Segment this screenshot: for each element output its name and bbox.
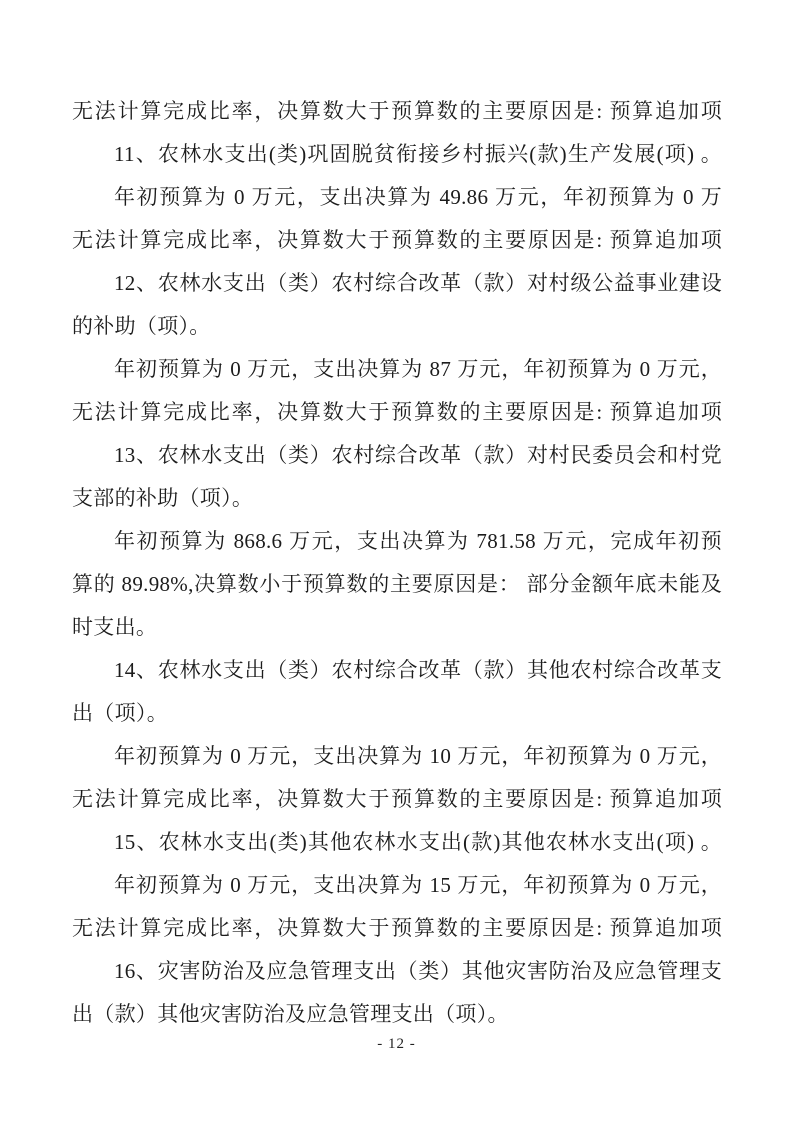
page-number: - 12 - — [0, 1036, 793, 1053]
text-line: 算的 89.98%,决算数小于预算数的主要原因是： 部分金额年底未能及 — [72, 563, 722, 606]
text-line: 年初预算为 0 万元，支出决算为 87 万元，年初预算为 0 万元， — [72, 348, 722, 391]
text-line: 14、农林水支出（类）农村综合改革（款）其他农村综合改革支 — [72, 649, 722, 692]
text-line: 年初预算为 0 万元，支出决算为 49.86 万元，年初预算为 0 万元， — [72, 176, 722, 219]
text-line: 年初预算为 868.6 万元，支出决算为 781.58 万元，完成年初预 — [72, 520, 722, 563]
text-line: 11、农林水支出(类)巩固脱贫衔接乡村振兴(款)生产发展(项) 。 — [72, 133, 722, 176]
text-line: 支部的补助（项）。 — [72, 477, 722, 520]
text-line: 无法计算完成比率，决算数大于预算数的主要原因是: 预算追加项目。 — [72, 391, 722, 434]
text-line: 12、农林水支出（类）农村综合改革（款）对村级公益事业建设 — [72, 262, 722, 305]
text-line: 的补助（项）。 — [72, 305, 722, 348]
text-line: 无法计算完成比率，决算数大于预算数的主要原因是: 预算追加项目。 — [72, 90, 722, 133]
text-line: 13、农林水支出（类）农村综合改革（款）对村民委员会和村党 — [72, 434, 722, 477]
text-line: 出（项）。 — [72, 692, 722, 735]
text-line: 无法计算完成比率，决算数大于预算数的主要原因是: 预算追加项目。 — [72, 907, 722, 950]
document-body: 无法计算完成比率，决算数大于预算数的主要原因是: 预算追加项目。11、农林水支出… — [72, 90, 722, 1036]
text-line: 无法计算完成比率，决算数大于预算数的主要原因是: 预算追加项目。 — [72, 778, 722, 821]
text-line: 16、灾害防治及应急管理支出（类）其他灾害防治及应急管理支 — [72, 950, 722, 993]
text-line: 时支出。 — [72, 606, 722, 649]
text-line: 出（款）其他灾害防治及应急管理支出（项）。 — [72, 993, 722, 1036]
document-page: 无法计算完成比率，决算数大于预算数的主要原因是: 预算追加项目。11、农林水支出… — [0, 0, 793, 1122]
text-line: 年初预算为 0 万元，支出决算为 15 万元，年初预算为 0 万元， — [72, 864, 722, 907]
text-line: 15、农林水支出(类)其他农林水支出(款)其他农林水支出(项) 。 — [72, 821, 722, 864]
text-line: 无法计算完成比率，决算数大于预算数的主要原因是: 预算追加项目。 — [72, 219, 722, 262]
text-line: 年初预算为 0 万元，支出决算为 10 万元，年初预算为 0 万元， — [72, 735, 722, 778]
